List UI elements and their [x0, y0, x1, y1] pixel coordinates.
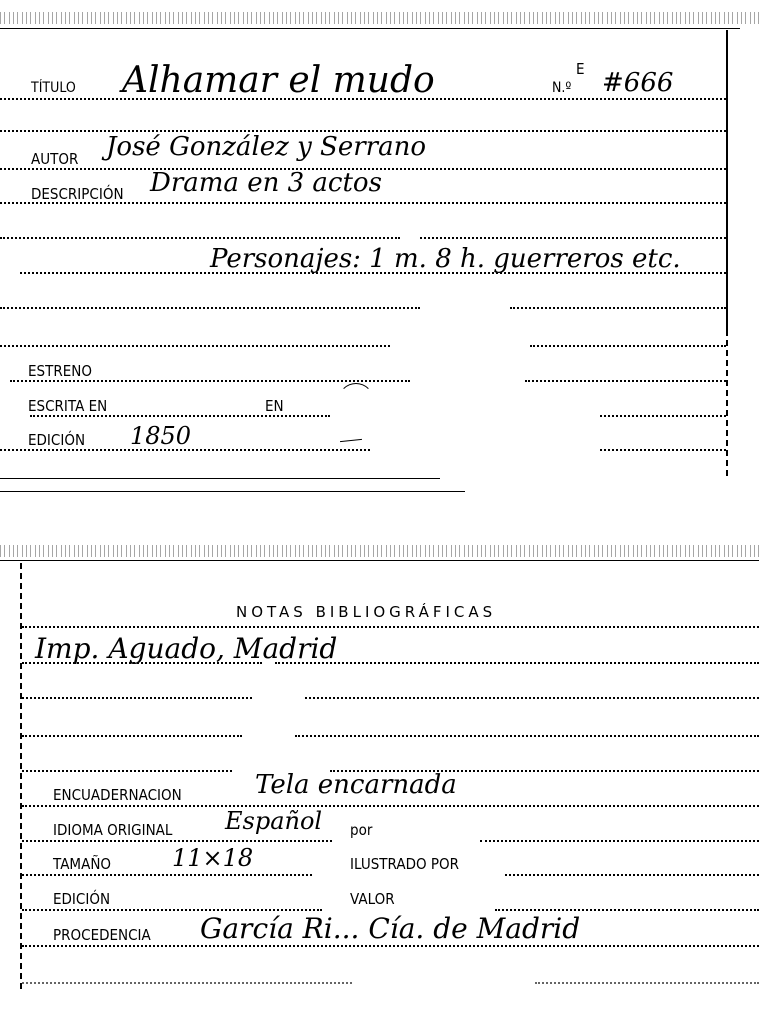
blank-line-6b [295, 735, 759, 737]
blank-line-5a [22, 697, 252, 699]
blank-line-6a [22, 735, 242, 737]
titulo-line [0, 98, 726, 100]
tamano-line-b [505, 874, 759, 876]
blank-line-3b [510, 307, 726, 309]
titulo-value: Alhamar el mudo [122, 60, 435, 101]
card-shadow-edge [0, 491, 465, 492]
encuadernacion-label: ENCUADERNACION [53, 786, 182, 804]
edicion-value: 1850 [130, 422, 191, 450]
escrita-en-label: ESCRITA EN [28, 397, 107, 415]
numero-superscript: E [576, 60, 585, 78]
ilustrado-label: ILUSTRADO POR [350, 855, 459, 873]
personajes-line [20, 272, 726, 274]
scan-noise-top-2 [0, 545, 759, 557]
tilde-mark [340, 439, 362, 442]
idioma-label: IDIOMA ORIGINAL [53, 821, 172, 839]
edicion2-line-b [495, 909, 759, 911]
blank-line-2b [420, 237, 726, 239]
edicion2-label: EDICIÓN [53, 890, 110, 908]
edicion-line-b [600, 449, 726, 451]
idioma-line-a [22, 840, 332, 842]
card-bottom-edge [0, 478, 440, 479]
personajes-value: Personajes: 1 m. 8 h. guerreros etc. [210, 244, 681, 274]
blank-line-5b [305, 697, 759, 699]
punch-hole-mark [338, 383, 374, 419]
titulo-label: TÍTULO [31, 80, 76, 96]
blank-line-4a [0, 345, 390, 347]
blank-line-3a [0, 307, 420, 309]
encuadernacion-line [22, 805, 759, 807]
procedencia-label: PROCEDENCIA [53, 926, 151, 944]
descripcion-label: DESCRIPCIÓN [31, 185, 124, 203]
blank-line-2a [0, 237, 400, 239]
card-top-edge [0, 28, 740, 29]
bottom-line-b [535, 982, 759, 984]
notas-line-b [275, 662, 759, 664]
escrita-en-line-a [30, 415, 330, 417]
idioma-line-b [480, 840, 759, 842]
card2-top-edge [0, 560, 759, 561]
blank-line-4b [530, 345, 726, 347]
idioma-value: Español [225, 807, 322, 835]
numero-label: N.º [552, 80, 571, 96]
blank-line-7a [22, 770, 232, 772]
descripcion-line [0, 202, 726, 204]
autor-label: AUTOR [31, 150, 78, 168]
procedencia-value: García Ri... Cía. de Madrid [200, 912, 580, 945]
tamano-value: 11×18 [172, 844, 253, 872]
bottom-line-a [22, 982, 352, 984]
tamano-line-a [22, 874, 312, 876]
por-label: por [350, 821, 372, 839]
card-right-border [726, 30, 728, 330]
autor-value: José González y Serrano [106, 132, 426, 162]
estreno-line-a [10, 380, 410, 382]
descripcion-value: Drama en 3 actos [150, 168, 382, 198]
escrita-en-line-b [600, 415, 726, 417]
procedencia-line [22, 945, 759, 947]
edicion-label: EDICIÓN [28, 431, 85, 449]
card-right-border-dashed [726, 330, 728, 480]
escrita-en-en-label: EN [265, 397, 284, 415]
notas-heading: NOTAS BIBLIOGRÁFICAS [236, 603, 496, 621]
notas-line-a [22, 662, 262, 664]
notas-value: Imp. Aguado, Madrid [35, 632, 337, 665]
scan-noise-top [0, 12, 759, 24]
heading-line [22, 626, 759, 628]
tamano-label: TAMAÑO [53, 855, 111, 873]
edicion-line-a [0, 449, 370, 451]
estreno-label: ESTRENO [28, 362, 92, 380]
estreno-line-b [525, 380, 726, 382]
numero-value: #666 [602, 68, 673, 98]
encuadernacion-value: Tela encarnada [255, 770, 457, 800]
valor-label: VALOR [350, 890, 395, 908]
edicion2-line-a [22, 909, 322, 911]
